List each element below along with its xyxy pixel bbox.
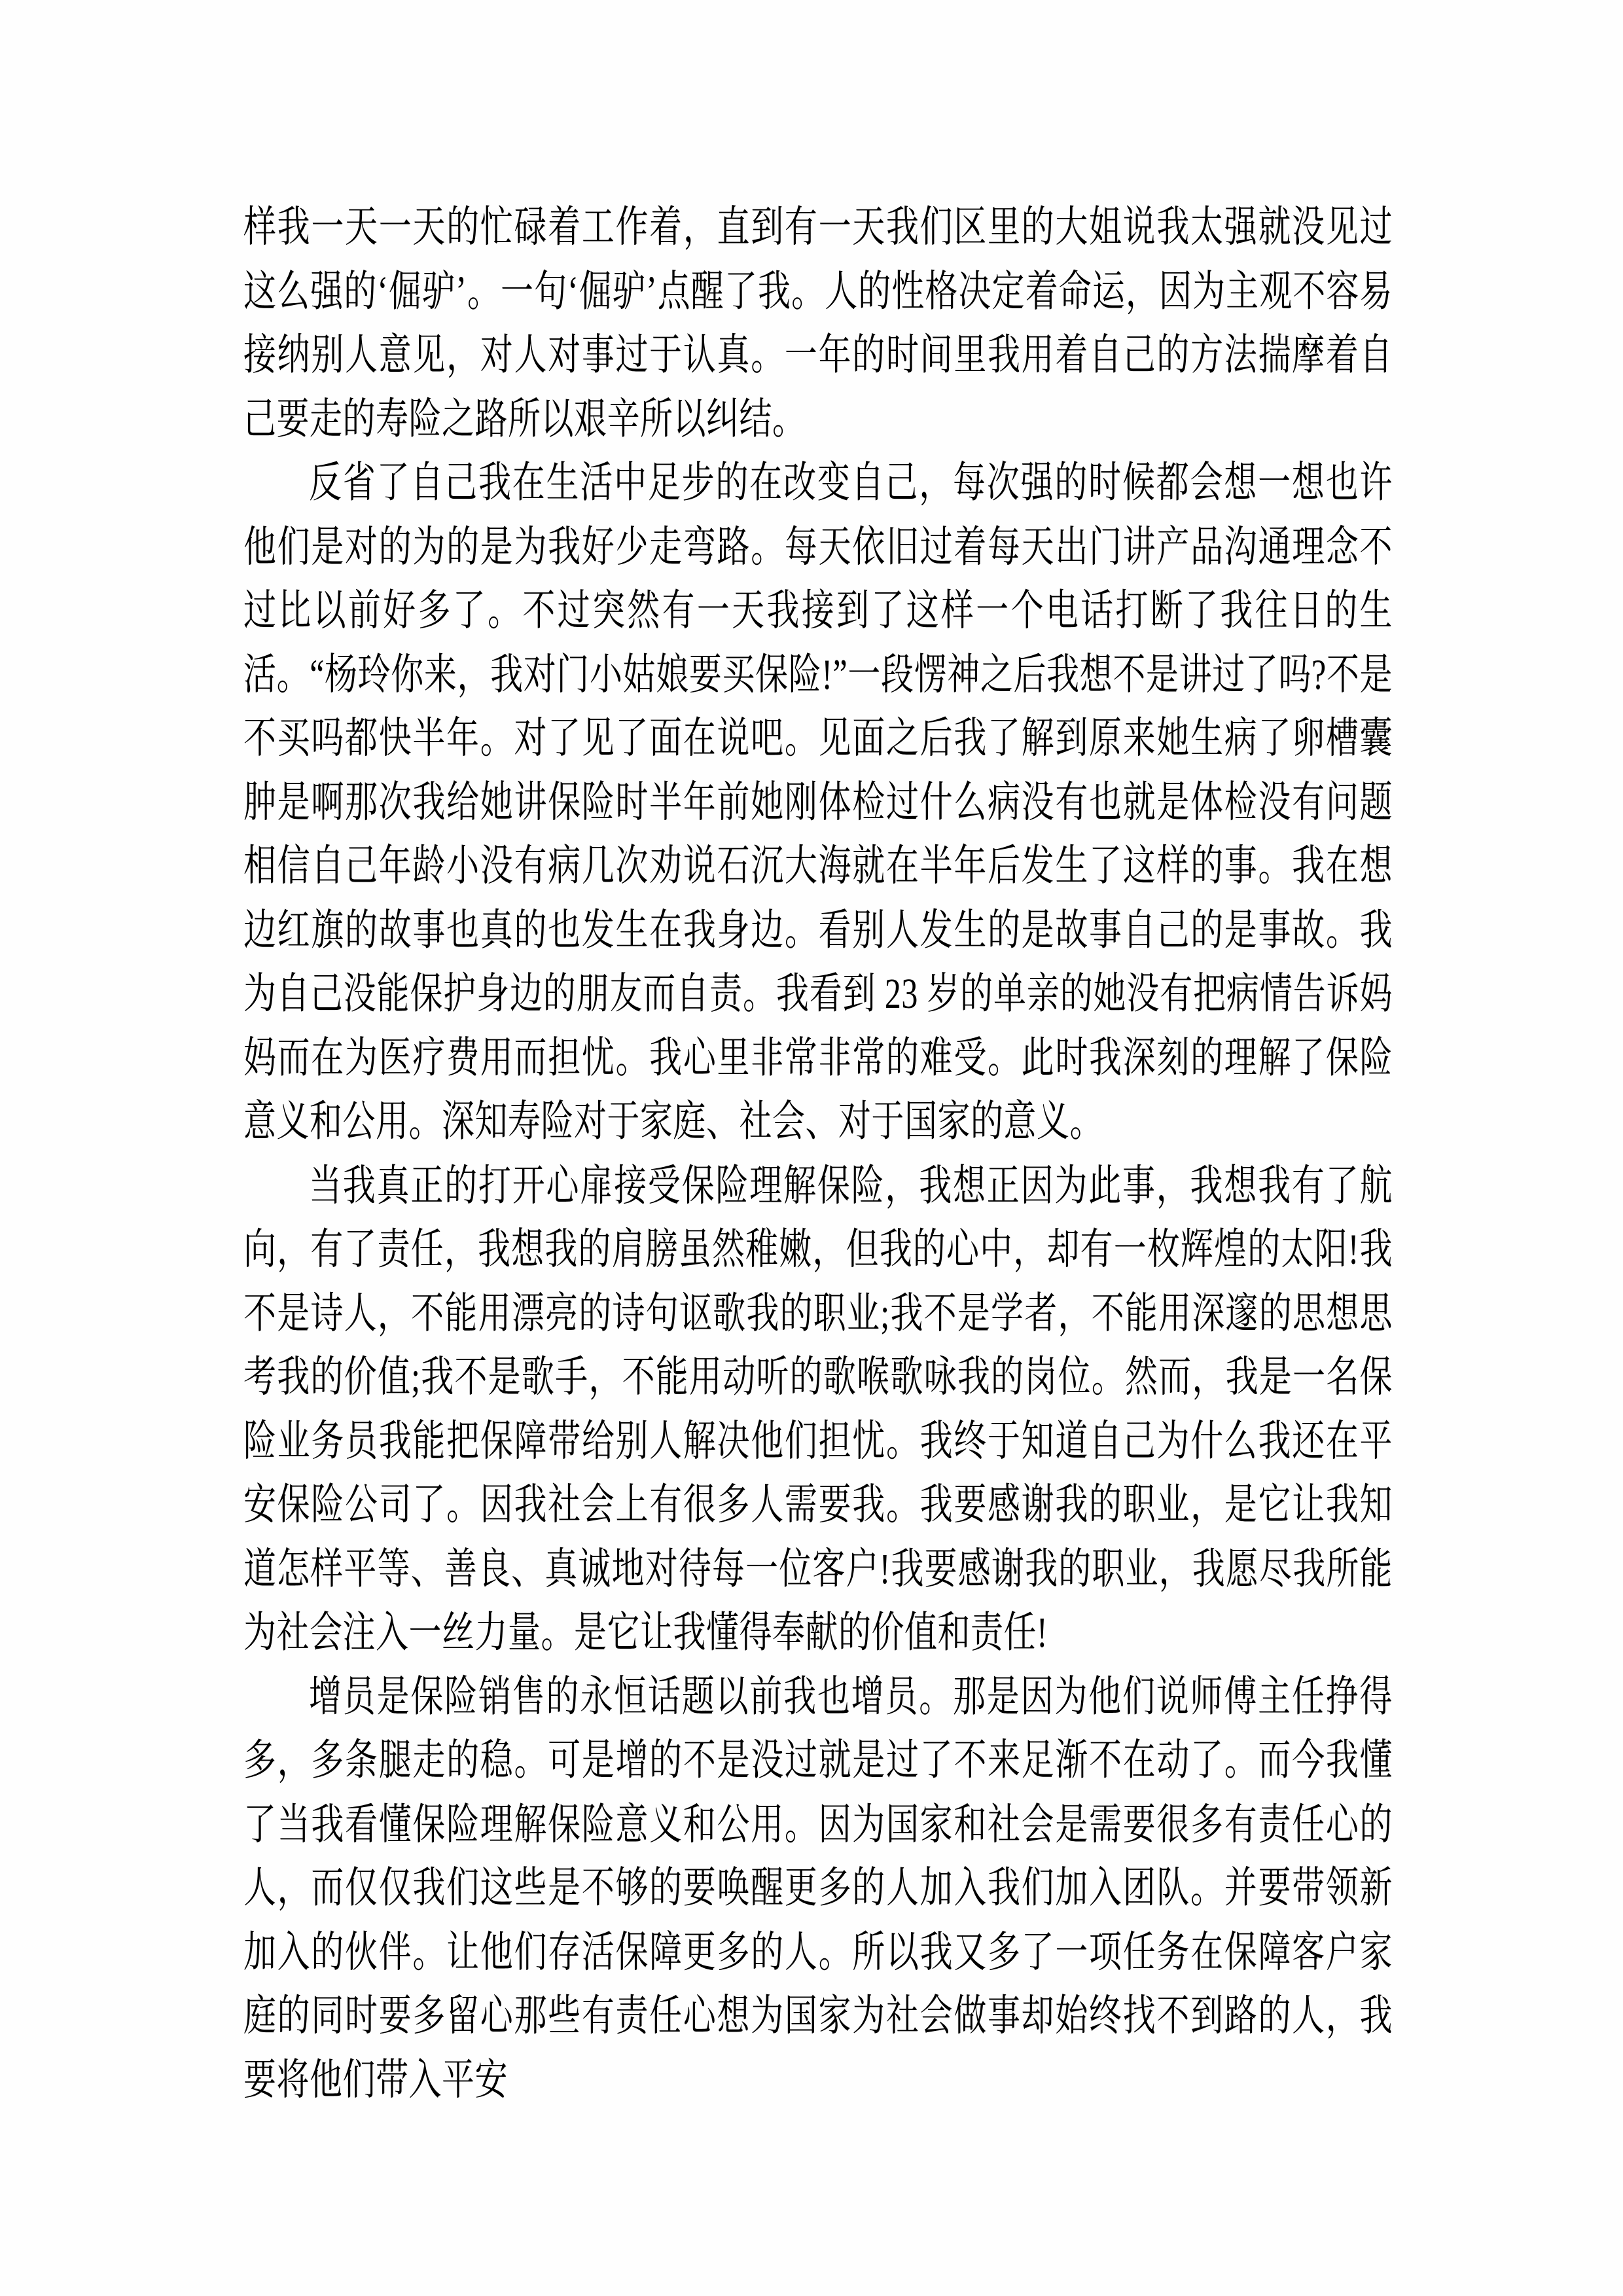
- document-text: 样我一天一天的忙碌着工作着，直到有一天我们区里的大姐说我太强就没见过这么强的‘倔…: [243, 195, 1393, 2111]
- paragraph-1: 样我一天一天的忙碌着工作着，直到有一天我们区里的大姐说我太强就没见过这么强的‘倔…: [243, 195, 1393, 450]
- document-page: 样我一天一天的忙碌着工作着，直到有一天我们区里的大姐说我太强就没见过这么强的‘倔…: [0, 0, 1623, 2296]
- paragraph-3: 当我真正的打开心扉接受保险理解保险，我想正因为此事，我想我有了航向，有了责任，我…: [243, 1153, 1393, 1664]
- paragraph-2: 反省了自己我在生活中足步的在改变自己，每次强的时候都会想一想也许他们是对的为的是…: [243, 450, 1393, 1153]
- paragraph-4: 增员是保险销售的永恒话题以前我也增员。那是因为他们说师傅主任挣得多，多条腿走的稳…: [243, 1664, 1393, 2111]
